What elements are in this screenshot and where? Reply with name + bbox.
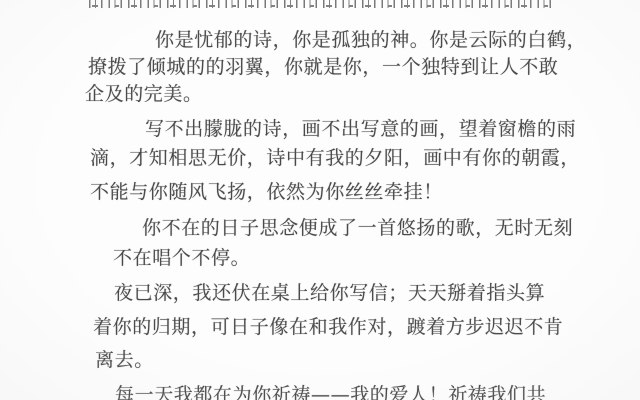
text-line: 撩拨了倾城的的羽翼，你就是你，一个独特到让人不敢 — [88, 57, 558, 78]
text-line: 企及的完美。 — [85, 84, 203, 105]
clipped-text-line-top — [89, 0, 557, 8]
document-page: 你是忧郁的诗，你是孤独的神。你是云际的白鹤， 撩拨了倾城的的羽翼，你就是你，一个… — [0, 0, 640, 400]
text-line: 你是忧郁的诗，你是孤独的神。你是云际的白鹤， — [155, 30, 586, 51]
text-line: 离去。 — [95, 350, 154, 371]
text-line: 滴，才知相思无价，诗中有我的夕阳，画中有你的朝霞， — [90, 148, 580, 169]
text-line: 你不在的日子思念便成了一首悠扬的歌，无时无刻 — [142, 218, 573, 239]
text-line: 写不出朦胧的诗，画不出写意的画，望着窗檐的雨 — [145, 119, 576, 140]
text-line: 每一天我都在为你祈祷——我的爱人！祈祷我们共 — [115, 385, 546, 400]
text-line: 夜已深，我还伏在桌上给你写信；天天掰着指头算 — [114, 283, 545, 304]
text-line: 着你的归期，可日子像在和我作对，踱着方步迟迟不肯 — [93, 317, 563, 338]
text-line: 不能与你随风飞扬，依然为你丝丝牵挂！ — [90, 182, 443, 203]
text-line: 不在唱个不停。 — [113, 248, 250, 269]
